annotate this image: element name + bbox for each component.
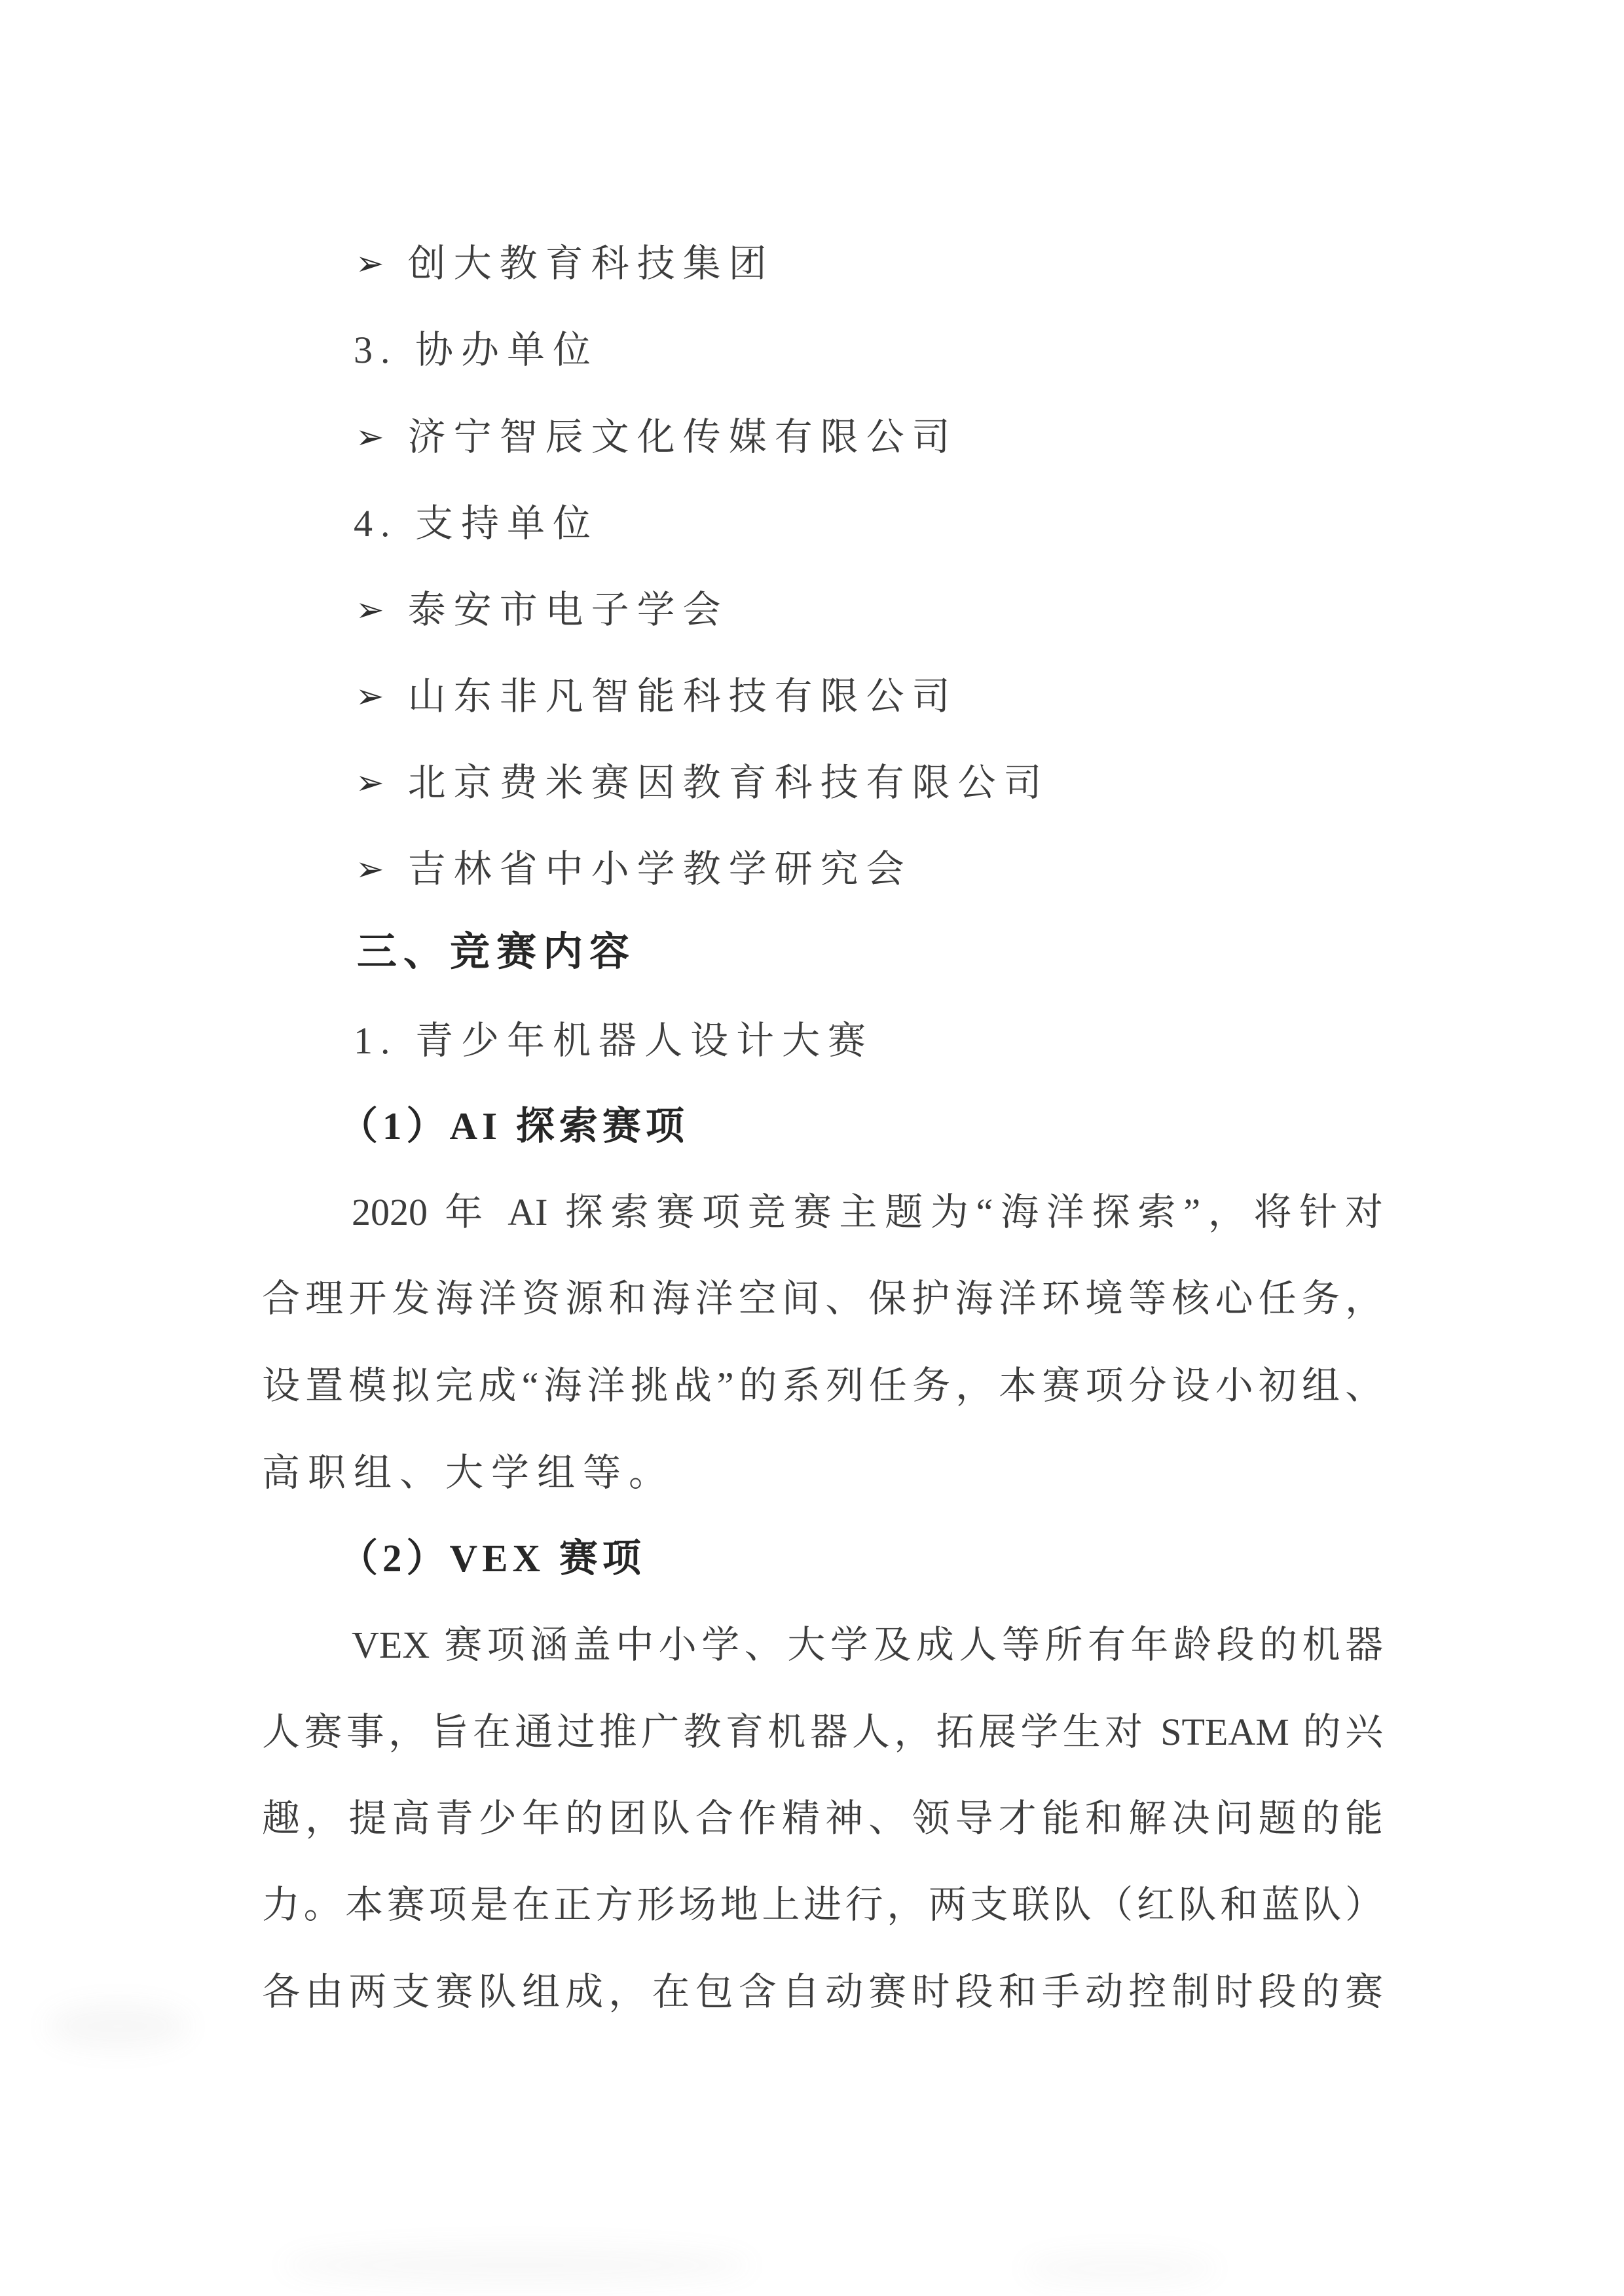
sub-heading: （2）VEX 赛项 xyxy=(339,1532,646,1584)
arrow-bullet-icon: ➢ xyxy=(356,757,384,809)
bullet-list-item: ➢创大教育科技集团 xyxy=(356,238,775,290)
paragraph-line: 各由两支赛队组成，在包含自动赛时段和手动控制时段的赛 xyxy=(262,1966,1383,2018)
paragraph-line: 高职组、大学组等。 xyxy=(262,1447,1383,1499)
bullet-item-label: 济宁智辰文化传媒有限公司 xyxy=(408,416,958,458)
paragraph-line: 2020 年 AI 探索赛项竞赛主题为“海洋探索”，将针对 xyxy=(262,1186,1383,1239)
document-page: ➢创大教育科技集团3. 协办单位➢济宁智辰文化传媒有限公司4. 支持单位➢泰安市… xyxy=(0,0,1624,2296)
bullet-item-label: 山东非凡智能科技有限公司 xyxy=(408,675,958,718)
bullet-list-item: ➢济宁智辰文化传媒有限公司 xyxy=(356,411,958,464)
paragraph-line: 设置模拟完成“海洋挑战”的系列任务，本赛项分设小初组、 xyxy=(262,1360,1383,1412)
section-heading: 三、竞赛内容 xyxy=(357,926,636,979)
sub-heading: （1）AI 探索赛项 xyxy=(339,1100,689,1152)
numbered-heading: 3. 协办单位 xyxy=(354,324,599,376)
bullet-list-item: ➢北京费米赛因教育科技有限公司 xyxy=(356,757,1050,809)
numbered-heading: 4. 支持单位 xyxy=(354,498,599,550)
bullet-list-item: ➢吉林省中小学教学研究会 xyxy=(356,843,912,896)
bullet-list-item: ➢泰安市电子学会 xyxy=(356,584,729,636)
paragraph-line: 力。本赛项是在正方形场地上进行，两支联队（红队和蓝队） xyxy=(262,1879,1383,1931)
arrow-bullet-icon: ➢ xyxy=(356,584,384,636)
bullet-item-label: 创大教育科技集团 xyxy=(408,242,775,285)
scan-smudge xyxy=(282,2246,753,2285)
bullet-item-label: 泰安市电子学会 xyxy=(408,589,729,631)
scan-smudge xyxy=(46,2003,190,2049)
paragraph-line: VEX 赛项涵盖中小学、大学及成人等所有年龄段的机器 xyxy=(262,1619,1383,1671)
paragraph-line: 合理开发海洋资源和海洋空间、保护海洋环境等核心任务， xyxy=(262,1273,1383,1325)
arrow-bullet-icon: ➢ xyxy=(356,843,384,896)
bullet-item-label: 吉林省中小学教学研究会 xyxy=(408,848,912,890)
arrow-bullet-icon: ➢ xyxy=(356,411,384,464)
numbered-heading: 1. 青少年机器人设计大赛 xyxy=(354,1015,874,1067)
arrow-bullet-icon: ➢ xyxy=(356,670,384,723)
bullet-item-label: 北京费米赛因教育科技有限公司 xyxy=(408,761,1050,804)
paragraph-line: 趣，提高青少年的团队合作精神、领导才能和解决问题的能 xyxy=(262,1793,1383,1845)
arrow-bullet-icon: ➢ xyxy=(356,238,384,290)
scan-smudge xyxy=(1022,2252,1218,2285)
paragraph-line: 人赛事，旨在通过推广教育机器人，拓展学生对 STEAM 的兴 xyxy=(262,1706,1383,1758)
bullet-list-item: ➢山东非凡智能科技有限公司 xyxy=(356,670,958,723)
